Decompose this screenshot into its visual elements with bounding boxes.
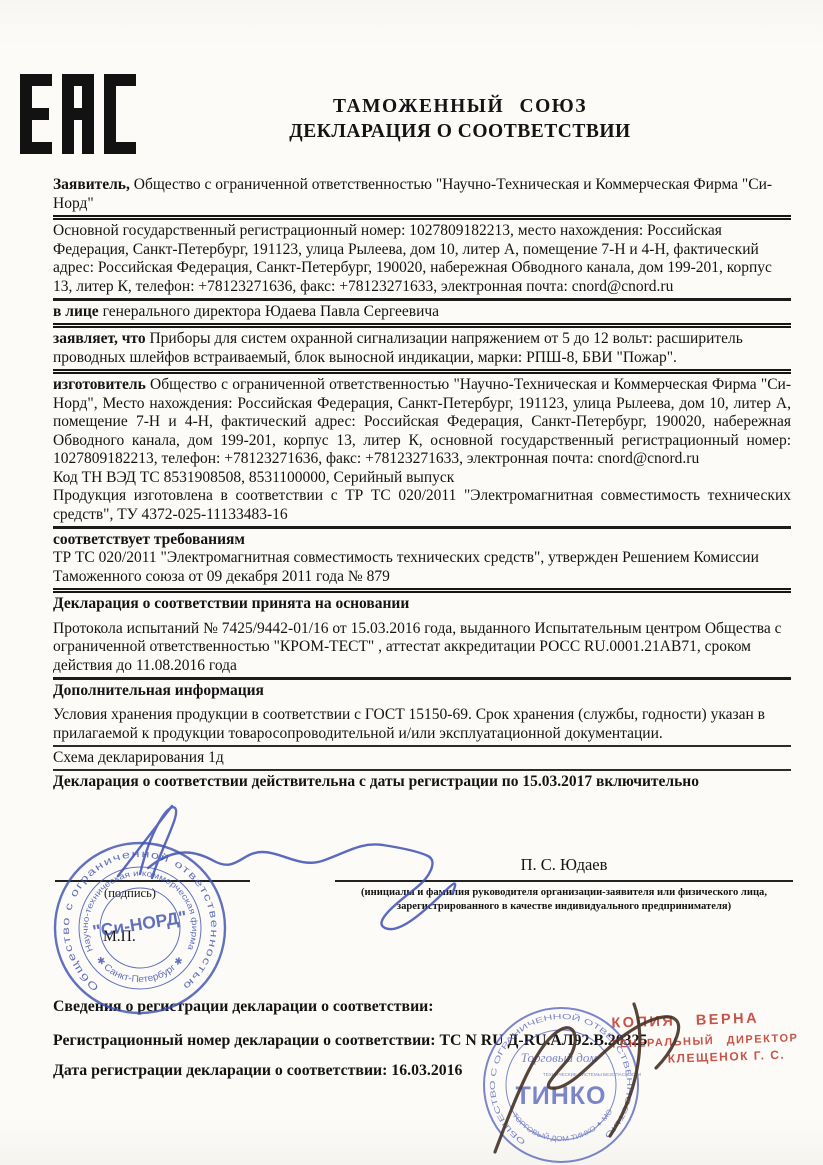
basis-text: Протокола испытаний № 7425/9442-01/16 от… <box>53 620 791 676</box>
manufacturer-label: изготовитель <box>53 376 146 393</box>
declares-label: заявляет, что <box>53 330 146 347</box>
produced-line: Продукция изготовлена в соответствии с Т… <box>53 487 791 524</box>
represented-label: в лице <box>53 303 99 320</box>
manufacturer-paragraph: изготовитель Общество с ограниченной отв… <box>53 376 791 469</box>
separator <box>53 745 791 747</box>
applicant-paragraph: Заявитель, Общество с ограниченной ответ… <box>53 176 791 213</box>
certifier-signature <box>460 990 820 1165</box>
stamp-ring-bottom-text: ✱ Санкт-Петербург ✱ <box>94 954 186 985</box>
applicant-label: Заявитель, <box>53 176 130 193</box>
separator <box>53 588 791 593</box>
represented-paragraph: в лице генерального директора Юдаева Пав… <box>53 303 791 322</box>
meets-heading: соответствует требованиям <box>53 531 791 550</box>
separator <box>53 215 791 220</box>
document-body: Заявитель, Общество с ограниченной ответ… <box>53 176 791 792</box>
separator <box>53 677 791 680</box>
scheme-line: Схема декларирования 1д <box>53 749 791 768</box>
declares-text: Приборы для систем охранной сигнализации… <box>53 330 743 366</box>
represented-text: генерального директора Юдаева Павла Серг… <box>99 303 439 320</box>
title-line-1: ТАМОЖЕННЫЙ СОЮЗ <box>140 96 780 118</box>
separator <box>53 369 791 374</box>
title-line-2: ДЕКЛАРАЦИЯ О СООТВЕТСТВИИ <box>140 121 780 143</box>
separator <box>53 323 791 328</box>
tnved-line: Код ТН ВЭД ТС 8531908508, 8531100000, Се… <box>53 469 791 488</box>
applicant-text: Общество с ограниченной ответственностью… <box>53 176 772 212</box>
separator <box>53 298 791 301</box>
ogrn-paragraph: Основной государственный регистрационный… <box>53 222 791 296</box>
svg-text:✱ Санкт-Петербург ✱: ✱ Санкт-Петербург ✱ <box>94 954 186 985</box>
additional-heading: Дополнительная информация <box>53 682 791 701</box>
basis-heading: Декларация о соответствии принята на осн… <box>53 595 791 614</box>
manufacturer-text: Общество с ограниченной ответственностью… <box>53 376 791 467</box>
declares-paragraph: заявляет, что Приборы для систем охранно… <box>53 330 791 367</box>
document-title: ТАМОЖЕННЫЙ СОЮЗ ДЕКЛАРАЦИЯ О СООТВЕТСТВИ… <box>140 96 780 143</box>
declaration-document: EAC ТАМОЖЕННЫЙ СОЮЗ ДЕКЛАРАЦИЯ О СООТВЕТ… <box>0 0 823 1165</box>
meets-text: ТР ТС 020/2011 "Электромагнитная совмест… <box>53 549 791 586</box>
separator <box>53 769 791 771</box>
eac-logo-icon: EAC <box>20 74 136 154</box>
director-signature <box>60 780 480 950</box>
additional-text: Условия хранения продукции в соответстви… <box>53 706 791 743</box>
separator <box>53 526 791 529</box>
